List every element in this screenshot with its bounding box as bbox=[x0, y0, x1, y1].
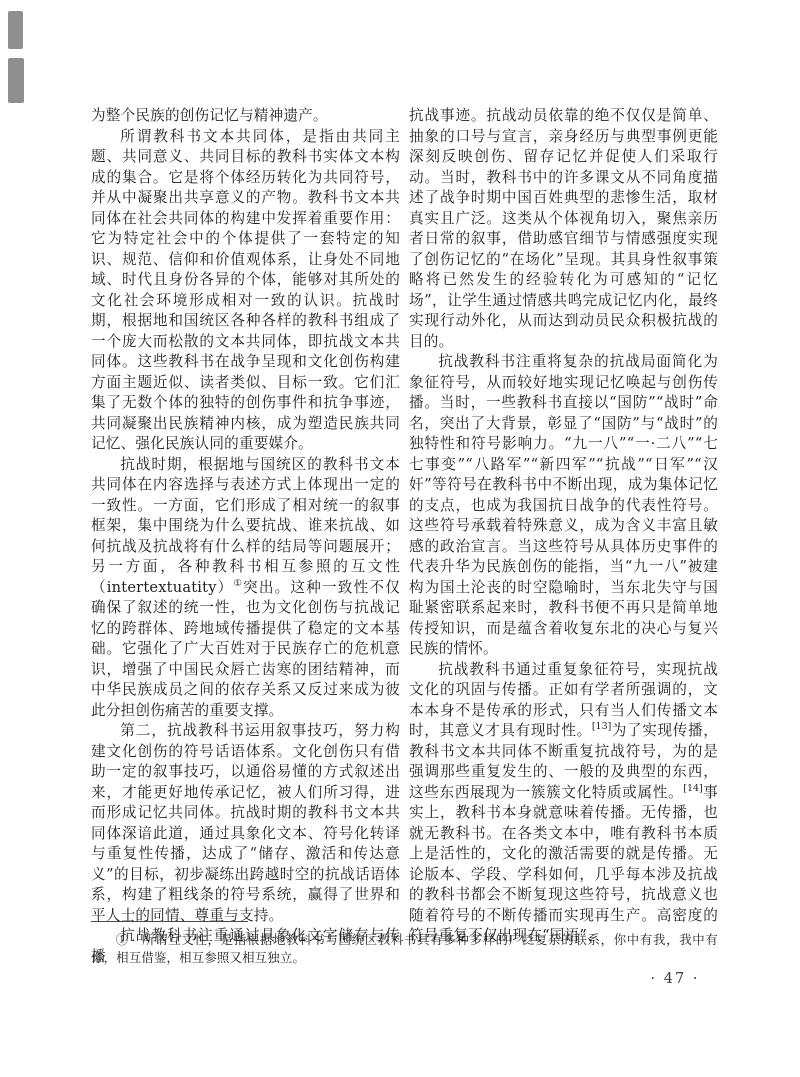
superscript-reference: [13] bbox=[592, 721, 612, 732]
paragraph: 抗战教科书通过重复象征符号，实现抗战文化的巩固与传播。正如有学者所强调的，文本本… bbox=[409, 660, 718, 947]
paragraph: 抗战时期，根据地与国统区的教科书文本共同体在内容选择与表述方式上体现出一定的一致… bbox=[91, 455, 400, 722]
two-column-layout: 为整个民族的创伤记忆与精神遗产。所谓教科书文本共同体，是指由共同主题、共同意义、… bbox=[91, 106, 718, 967]
text-run: 抗战教科书注重将复杂的抗战局面简化为象征符号，从而较好地实现记忆唤起与创伤传播。… bbox=[409, 353, 718, 657]
paragraph: 第二，抗战教科书运用叙事技巧，努力构建文化创伤的符号话语体系。文化创伤只有借助一… bbox=[91, 721, 400, 926]
text-run: 事实上，教科书本身就意味着传播。无传播，也就无教科书。在各类文本中，唯有教科书本… bbox=[409, 784, 718, 945]
text-run: 抗战事迹。抗战动员依靠的绝不仅仅是简单、抽象的口号与宣言，亲身经历与典型事例更能… bbox=[409, 107, 718, 350]
superscript-reference: [14] bbox=[683, 783, 703, 794]
column-left: 为整个民族的创伤记忆与精神遗产。所谓教科书文本共同体，是指由共同主题、共同意义、… bbox=[91, 106, 400, 967]
footnote-divider bbox=[91, 921, 248, 922]
paragraph: 抗战事迹。抗战动员依靠的绝不仅仅是简单、抽象的口号与宣言，亲身经历与典型事例更能… bbox=[409, 106, 718, 352]
footnote: ① 所谓互文性，是指根据地教科书与国统区教科书具有多种多样的广泛复杂的联系，你中… bbox=[91, 931, 718, 966]
page-number: · 47 · bbox=[630, 971, 720, 987]
paragraph: ① 所谓互文性，是指根据地教科书与国统区教科书具有多种多样的广泛复杂的联系，你中… bbox=[91, 931, 718, 966]
paragraph: 为整个民族的创伤记忆与精神遗产。 bbox=[91, 106, 400, 127]
footnote-area: ① 所谓互文性，是指根据地教科书与国统区教科书具有多种多样的广泛复杂的联系，你中… bbox=[91, 921, 718, 966]
text-run: 第二，抗战教科书运用叙事技巧，努力构建文化创伤的符号话语体系。文化创伤只有借助一… bbox=[91, 722, 400, 924]
text-run: 突出。这种一致性不仅确保了叙述的统一性，也为文化创伤与抗战记忆的跨群体、跨地域传… bbox=[91, 579, 400, 719]
text-run: ① 所谓互文性，是指根据地教科书与国统区教科书具有多种多样的广泛复杂的联系，你中… bbox=[91, 932, 718, 965]
text-run: 抗战时期，根据地与国统区的教科书文本共同体在内容选择与表述方式上体现出一定的一致… bbox=[91, 456, 400, 596]
paragraph: 抗战教科书注重将复杂的抗战局面简化为象征符号，从而较好地实现记忆唤起与创伤传播。… bbox=[409, 352, 718, 660]
superscript-reference: ① bbox=[233, 578, 243, 589]
scan-artifact-bottom bbox=[8, 58, 24, 103]
paragraph: 所谓教科书文本共同体，是指由共同主题、共同意义、共同目标的教科书实体文本构成的集… bbox=[91, 127, 400, 455]
text-run: 所谓教科书文本共同体，是指由共同主题、共同意义、共同目标的教科书实体文本构成的集… bbox=[91, 128, 400, 453]
scan-artifact-top bbox=[8, 11, 23, 49]
page-body: 为整个民族的创伤记忆与精神遗产。所谓教科书文本共同体，是指由共同主题、共同意义、… bbox=[91, 106, 718, 967]
journal-page: { "page": { "number": "47", "number_labe… bbox=[0, 0, 800, 1077]
column-right: 抗战事迹。抗战动员依靠的绝不仅仅是简单、抽象的口号与宣言，亲身经历与典型事例更能… bbox=[409, 106, 718, 967]
text-run: 为整个民族的创伤记忆与精神遗产。 bbox=[91, 107, 328, 124]
